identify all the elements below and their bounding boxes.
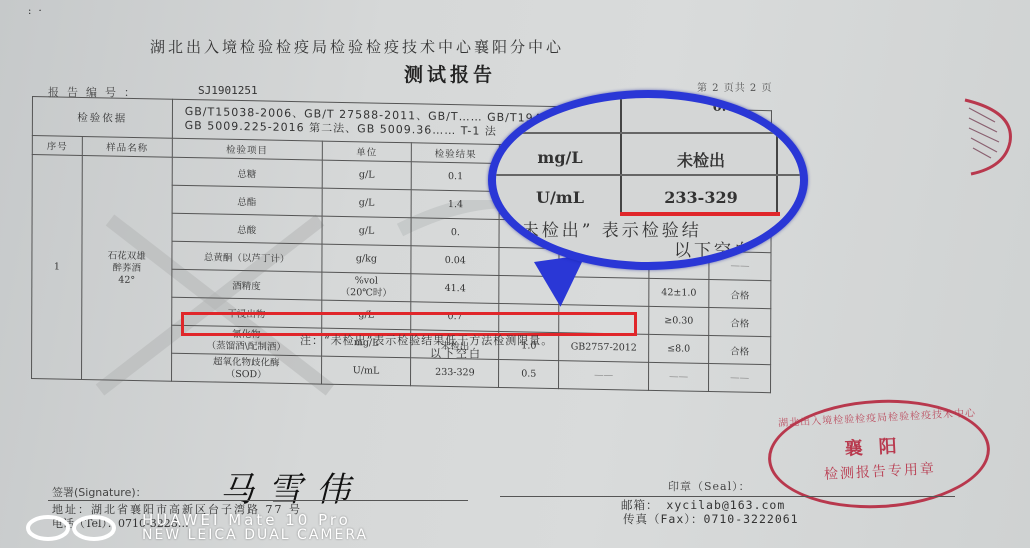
mag-note-end: 以下空白 (674, 236, 754, 261)
test-item: 总糖 (172, 157, 322, 188)
table-end-note: 以下空白 (430, 345, 482, 361)
organization-title: 湖北出入境检验检疫局检验检疫技术中心襄阳分中心 (150, 36, 564, 57)
test-item: 酒精度 (172, 269, 322, 300)
document-photo: : · 湖北出入境检验检疫局检验检疫技术中心襄阳分中心 测试报告 报告编号： S… (0, 0, 1030, 548)
verdict: 合格 (709, 279, 771, 308)
mag-unit-2: U/mL (510, 188, 610, 207)
mag-rule (496, 132, 808, 134)
table-note: 注：“未检出”表示检验结果低于方法检测限量。 (300, 332, 553, 348)
result: 233-329 (411, 358, 499, 388)
document-title: 测试报告 (404, 60, 496, 87)
test-item: 总酯 (172, 185, 322, 216)
result: 0.04 (411, 246, 499, 276)
mag-unit-1: mg/L (510, 148, 610, 167)
mag-result-1: 未检出 (626, 148, 776, 171)
fax: 传真（Fax）：0710-3222061 (623, 511, 799, 527)
product-limit: ≤8.0 (649, 334, 709, 363)
mag-top-value: 0.7 (664, 100, 784, 115)
verdict: 合格 (709, 307, 771, 336)
magnifier-pointer (534, 255, 592, 310)
test-item: 总黄酮（以芦丁计） (172, 241, 322, 272)
page-info: 第 2 页共 2 页 (697, 79, 772, 94)
result: 0.1 (412, 162, 500, 192)
test-item: 超氧化物歧化酶（SOD） (171, 353, 321, 384)
camera-tagline: NEW LEICA DUAL CAMERA (142, 527, 368, 543)
result: 0. (411, 218, 499, 248)
unit: g/L (322, 188, 412, 218)
stamp-ring-text: 湖北出入境检验检疫局检验检疫技术中心 (769, 403, 985, 429)
mag-divider (620, 98, 622, 216)
signature-label: 签署(Signature)： (52, 484, 147, 500)
header-unit: 单位 (322, 141, 412, 162)
test-item: 总酸 (172, 213, 322, 244)
verdict: —— (709, 363, 771, 392)
seal-label: 印章（Seal）： (668, 478, 751, 494)
standard: —— (559, 361, 649, 391)
header-result: 检验结果 (412, 143, 500, 164)
unit: g/L (322, 160, 412, 190)
result: 1.4 (412, 190, 500, 220)
unit: U/mL (321, 356, 411, 386)
header-seq: 序号 (32, 136, 82, 156)
product-limit: 42±1.0 (649, 278, 709, 307)
sample-name: 石花双雄醉荞酒42° (81, 155, 172, 381)
basis-label: 检验依据 (32, 97, 172, 139)
dual-camera-icon (26, 514, 118, 542)
partial-seal-stamp (955, 92, 1025, 182)
corner-marks: : · (28, 6, 44, 17)
header-sample-name: 样品名称 (82, 136, 172, 157)
unit: g/kg (321, 244, 411, 274)
mag-divider (776, 98, 778, 216)
report-number: SJ1901251 (198, 84, 258, 97)
mag-result-2: 233-329 (626, 188, 776, 207)
standard: GB2757-2012 (559, 333, 649, 363)
unit: %vol（20℃时） (321, 272, 411, 302)
verdict: 合格 (709, 335, 771, 364)
mag-rule (496, 174, 808, 176)
sample-number: 1 (32, 155, 83, 380)
detection-limit: 0.5 (499, 359, 559, 388)
product-limit: ≥0.30 (649, 306, 709, 335)
magnifier-callout: 0.7 mg/L 未检出 U/mL 233-329 “未检出” 表示检验结 以下… (488, 90, 808, 270)
result: 41.4 (411, 274, 499, 304)
unit: g/L (322, 216, 412, 246)
product-limit: —— (649, 362, 709, 391)
